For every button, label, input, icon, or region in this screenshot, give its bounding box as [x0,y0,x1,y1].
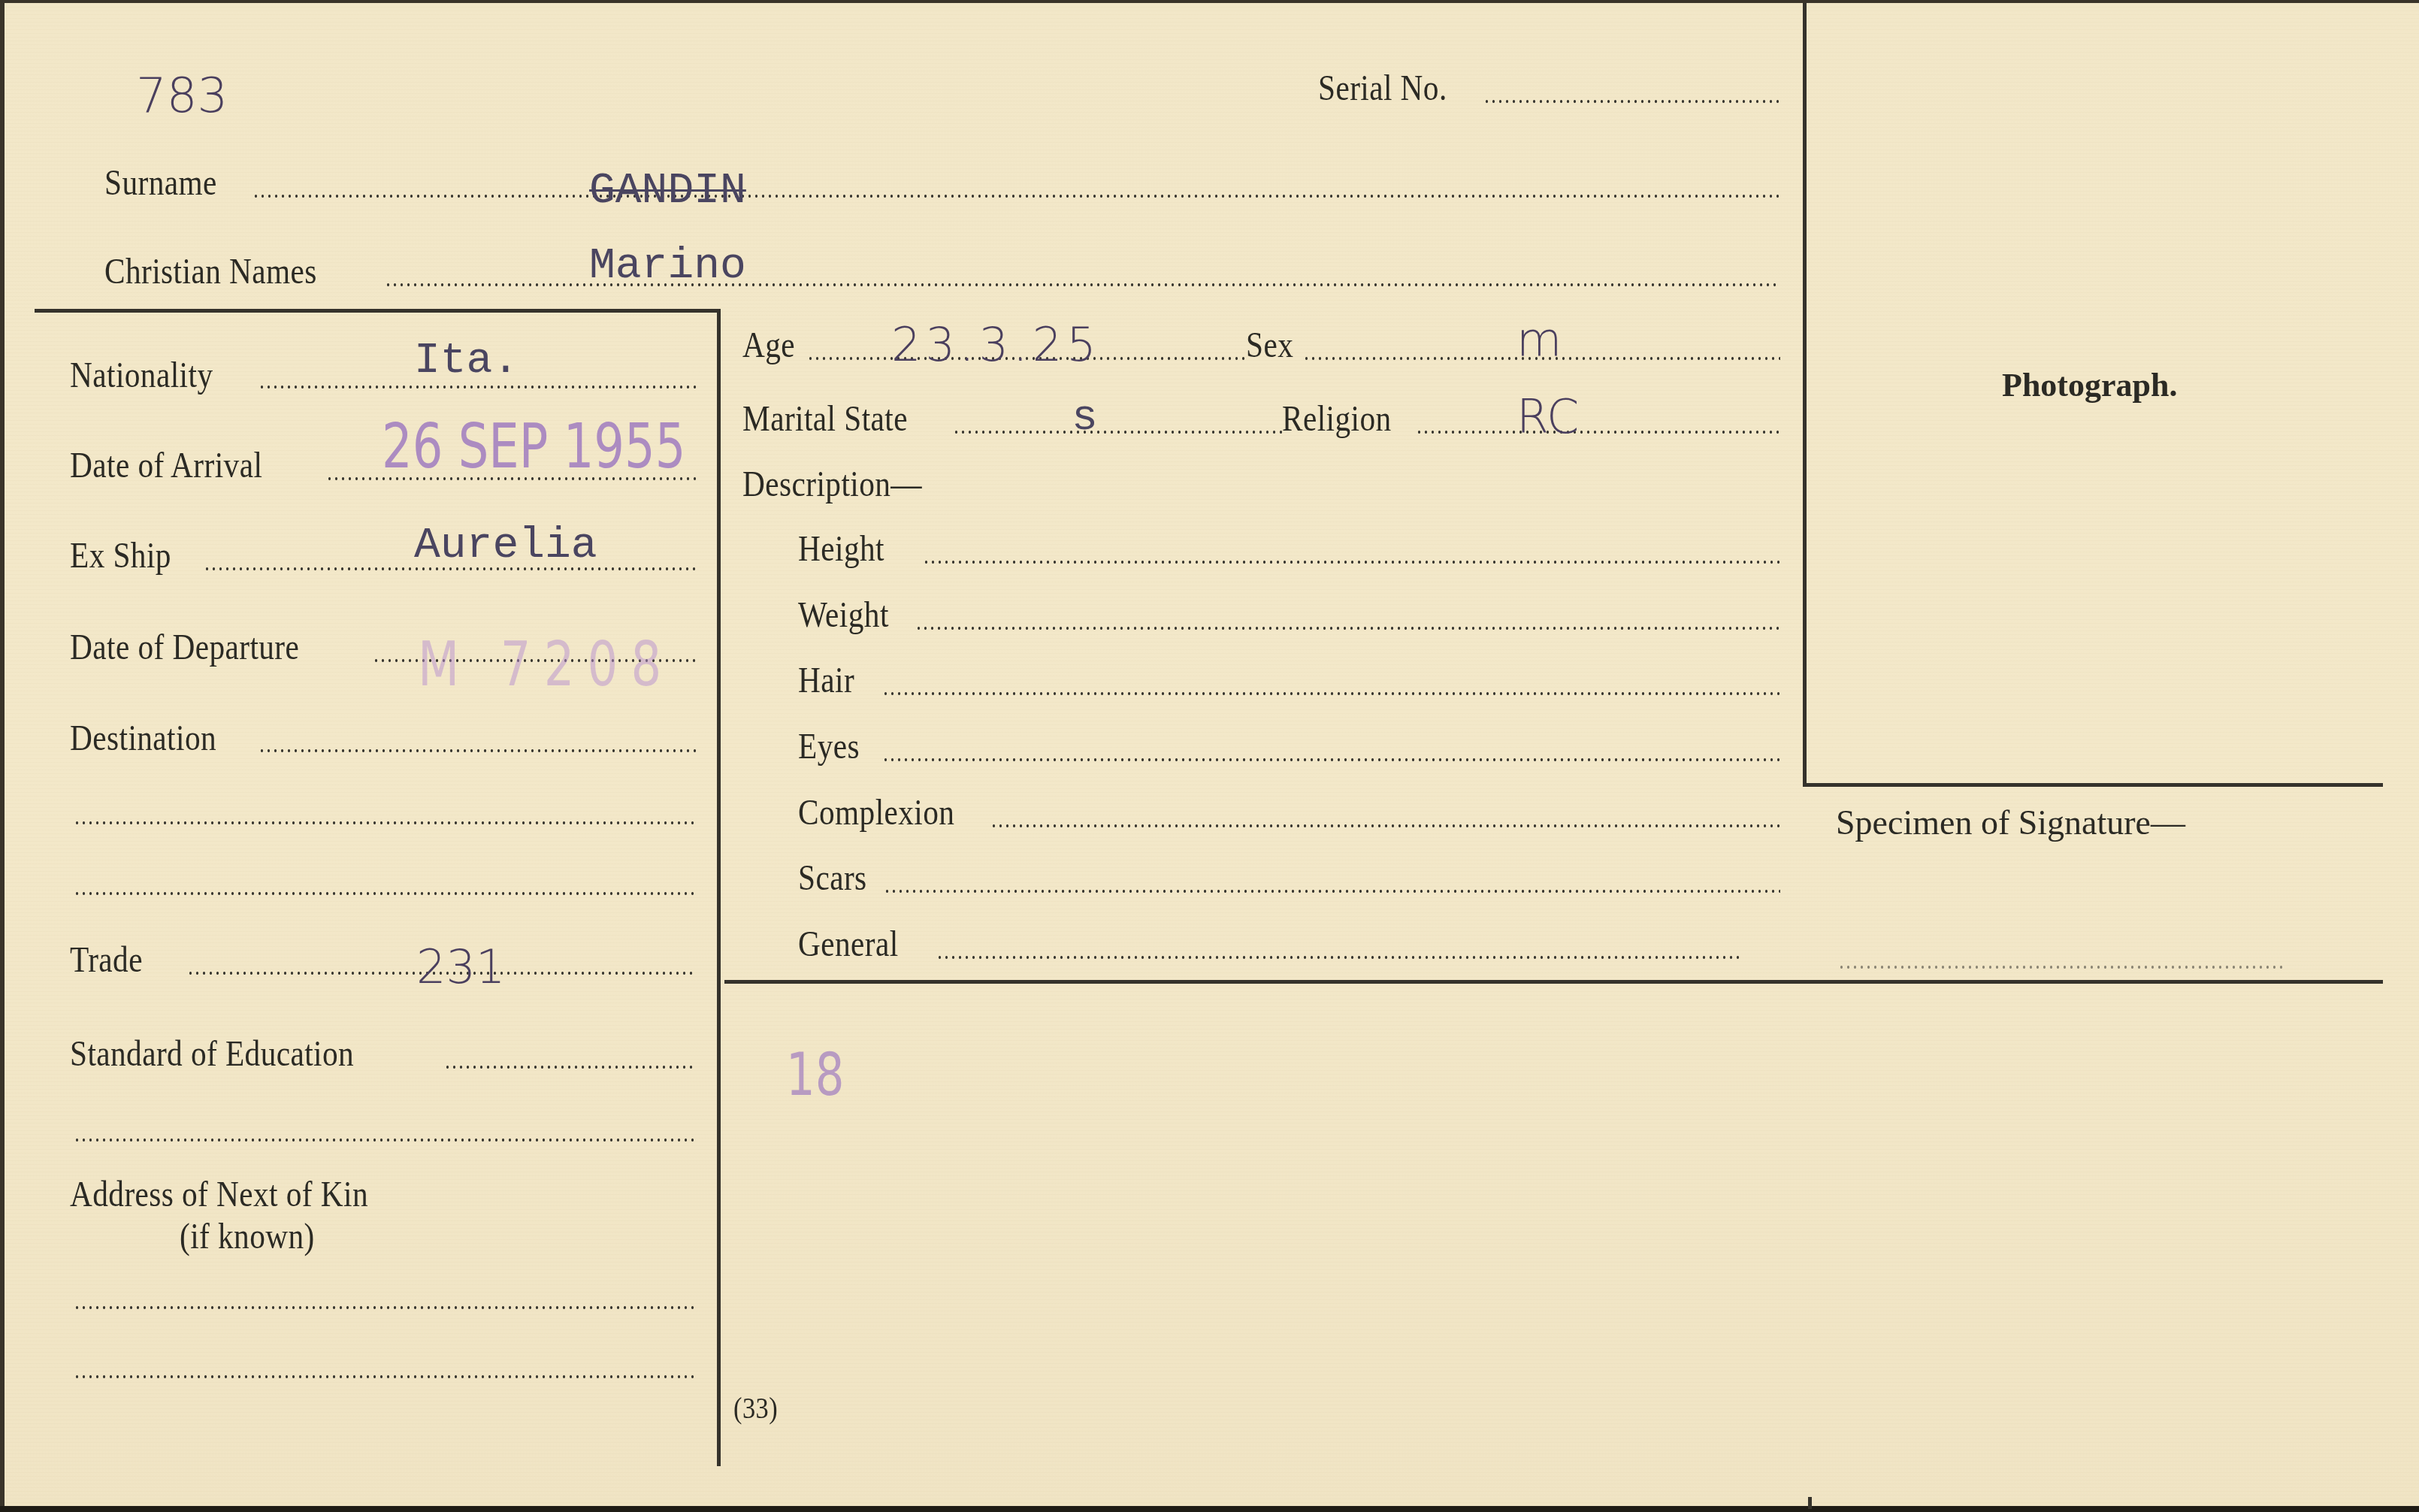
complexion-label: Complexion [798,795,954,831]
destination-field[interactable] [259,748,696,753]
eyes-field[interactable] [882,758,1780,762]
description-bottom-rule [724,980,2383,984]
nationality-label: Nationality [70,358,213,394]
destination-field-line-2[interactable] [74,821,696,825]
photograph-area [1808,3,2383,782]
signature-field[interactable] [1838,965,2285,969]
left-box-top-rule [35,309,721,313]
destination-field-line-3[interactable] [74,891,696,896]
date-of-departure-label: Date of Departure [70,630,299,666]
next-of-kin-label: Address of Next of Kin [70,1177,368,1213]
hair-label: Hair [798,663,854,699]
religion-value: RC [1516,394,1579,440]
age-value: 23.3.25 [891,322,1101,368]
surname-label: Surname [104,165,217,201]
date-of-arrival-label: Date of Arrival [70,448,262,484]
christian-names-label: Christian Names [104,254,317,290]
general-field[interactable] [936,955,1743,960]
scars-field[interactable] [884,889,1780,894]
marital-state-value: s [1072,397,1098,440]
religion-field[interactable] [1416,430,1780,434]
immigration-registration-card: 783 Serial No. Surname GANDIN Christian … [0,0,2419,1506]
standard-of-education-label: Standard of Education [70,1036,354,1072]
standard-of-education-field[interactable] [444,1065,696,1069]
weight-label: Weight [798,597,889,634]
bottom-stamp-number: 18 [786,1046,844,1105]
christian-names-value: Marino [589,245,746,289]
ex-ship-label: Ex Ship [70,538,171,574]
left-column-divider [717,309,721,1466]
scars-label: Scars [798,860,867,897]
eyes-label: Eyes [798,729,860,765]
photo-box-bottom-rule [1803,783,2383,787]
description-label: Description— [742,467,922,503]
marital-state-field[interactable] [953,430,1282,434]
height-field[interactable] [923,560,1780,564]
sex-value: m [1516,317,1562,364]
education-field-line-2[interactable] [74,1138,696,1142]
bottom-tick-mark [1808,1497,1812,1509]
trade-label: Trade [70,942,143,978]
next-of-kin-field-line-2[interactable] [74,1374,696,1379]
ex-ship-value: Aurelia [414,525,597,568]
photo-column-divider [1803,3,1807,787]
nationality-value: Ita. [414,340,519,383]
serial-no-field[interactable] [1483,99,1780,104]
next-of-kin-field-line-1[interactable] [74,1305,696,1310]
sex-label: Sex [1246,328,1293,364]
card-number: 783 [136,72,228,120]
age-label: Age [742,328,795,364]
complexion-field[interactable] [990,824,1780,828]
hair-field[interactable] [882,691,1780,696]
surname-value: GANDIN [589,170,746,213]
religion-label: Religion [1282,401,1392,437]
trade-value: 231 [416,944,505,990]
marital-state-label: Marital State [742,401,908,437]
date-of-arrival-stamp: 26 SEP 1955 [382,416,685,478]
destination-label: Destination [70,721,216,757]
serial-no-label: Serial No. [1318,71,1447,107]
departure-stamp: M 7208 [418,634,674,696]
form-number: (33) [733,1393,778,1423]
general-label: General [798,927,899,963]
weight-field[interactable] [915,626,1780,631]
height-label: Height [798,531,884,567]
next-of-kin-sublabel: (if known) [180,1219,315,1255]
signature-label: Specimen of Signature— [1836,806,2185,840]
surname-field[interactable] [252,194,1780,198]
